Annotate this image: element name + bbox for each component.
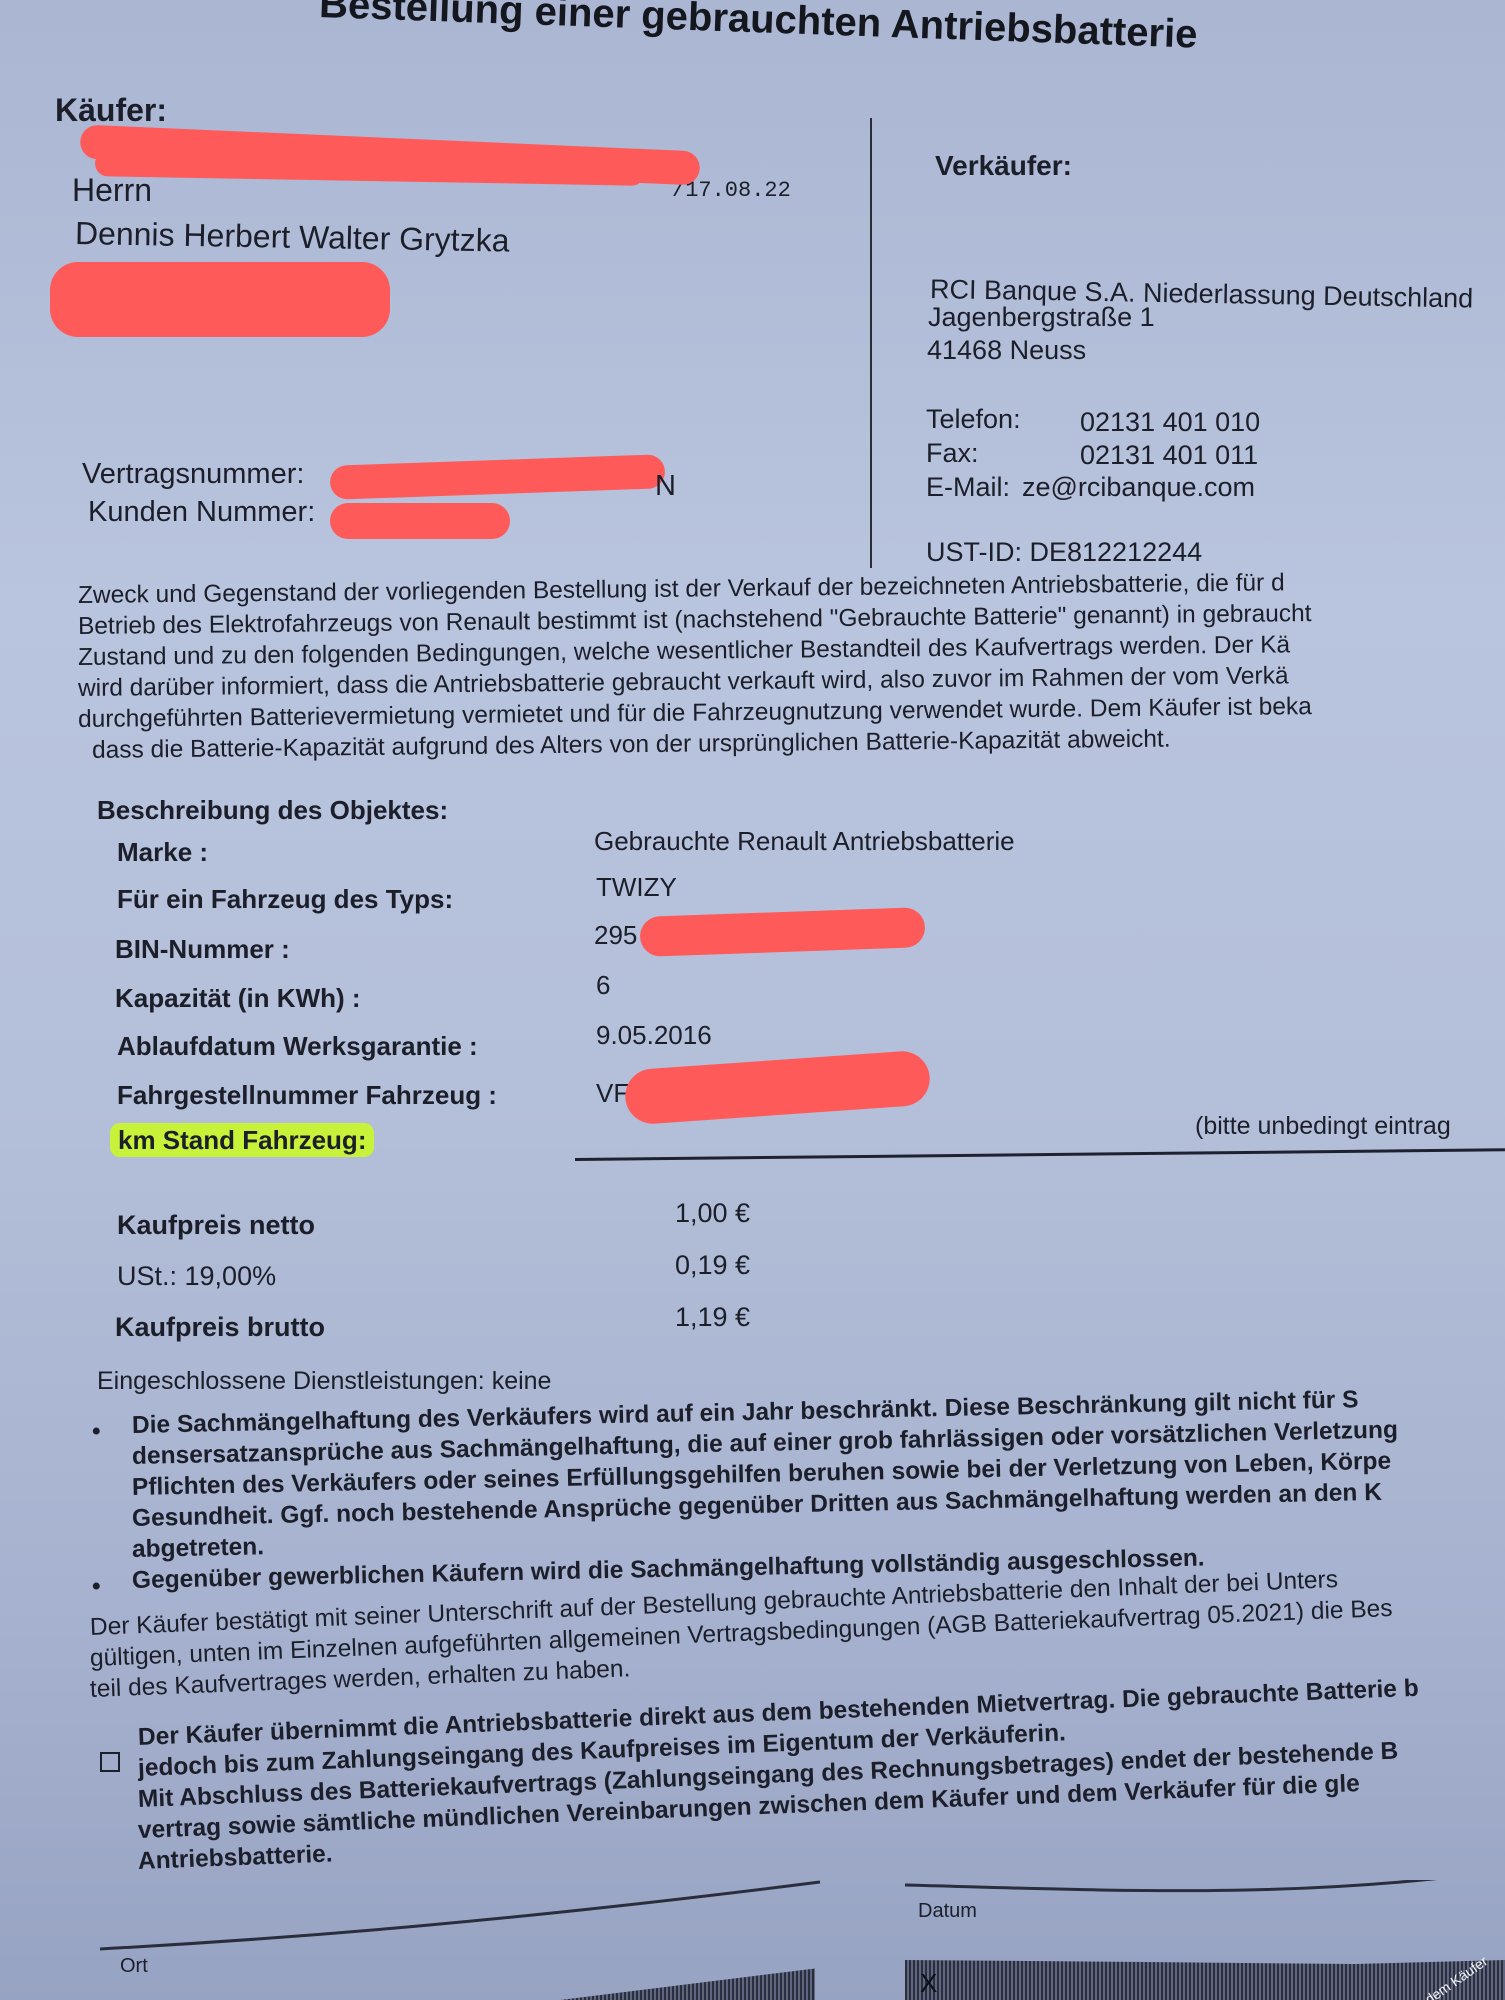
seller-email-label: E-Mail:: [926, 470, 1010, 504]
date-label: Datum: [918, 1900, 977, 1923]
place-field[interactable]: [100, 1946, 101, 1949]
seller-phone: 02131 401 010: [1080, 405, 1260, 439]
seller-street: Jagenbergstraße 1: [928, 300, 1155, 334]
spec-value-bin: 295: [594, 920, 637, 951]
spec-value-vehicle-type: TWIZY: [596, 872, 677, 903]
place-label: Ort: [120, 1955, 148, 1978]
intro-paragraph: Zweck und Gegenstand der vorliegenden Be…: [78, 580, 1312, 766]
buyer-heading: Käufer:: [55, 92, 167, 129]
price-label-net: Kaufpreis netto: [117, 1210, 315, 1241]
seller-phone-label: Telefon:: [926, 402, 1021, 436]
bullet-dot-icon: •: [92, 1416, 101, 1447]
price-value-gross: 1,19 €: [675, 1302, 750, 1333]
spec-value-warranty: 9.05.2016: [596, 1020, 712, 1051]
price-value-net: 1,00 €: [675, 1198, 750, 1229]
redaction-customer-number: [330, 503, 510, 539]
spec-label-capacity: Kapazität (in KWh) :: [115, 983, 361, 1014]
km-highlight: km Stand Fahrzeug:: [110, 1123, 374, 1157]
spec-label-warranty: Ablaufdatum Werksgarantie :: [117, 1031, 478, 1062]
spec-label-bin: BIN-Nummer :: [115, 934, 290, 965]
redaction-contract-number: [330, 454, 666, 500]
redaction-buyer-address: [50, 262, 390, 337]
buyer-salutation: Herrn: [72, 172, 152, 209]
contract-number-label: Vertragsnummer:: [82, 458, 304, 491]
takeover-checkbox[interactable]: [100, 1752, 120, 1772]
checkbox-clause: Der Käufer übernimmt die Antriebsbatteri…: [138, 1722, 1420, 1877]
price-label-gross: Kaufpreis brutto: [115, 1312, 325, 1343]
price-label-vat: USt.: 19,00%: [117, 1261, 276, 1292]
redaction-vin: [623, 1049, 931, 1125]
km-field-label: km Stand Fahrzeug:: [110, 1125, 374, 1156]
document-page: Bestellung einer gebrauchten Antriebsbat…: [0, 0, 1505, 2000]
document-title: Bestellung einer gebrauchten Antriebsbat…: [318, 0, 1198, 58]
seller-email[interactable]: ze@rcibanque.com: [1022, 470, 1255, 504]
object-heading: Beschreibung des Objektes:: [97, 795, 448, 826]
sign-here-mark: X: [920, 1968, 937, 1999]
seller-city: 41468 Neuss: [927, 333, 1086, 367]
spec-value-brand: Gebrauchte Renault Antriebsbatterie: [594, 826, 1015, 857]
column-divider: [870, 118, 872, 568]
seller-fax: 02131 401 011: [1080, 438, 1258, 472]
spec-label-vehicle-type: Für ein Fahrzeug des Typs:: [117, 884, 453, 915]
km-hint: (bitte unbedingt eintrag: [1195, 1112, 1451, 1141]
included-services: Eingeschlossene Dienstleistungen: keine: [97, 1366, 551, 1397]
km-input-line[interactable]: [575, 1148, 1505, 1161]
contract-number-suffix: N: [655, 470, 676, 503]
spec-label-vin: Fahrgestellnummer Fahrzeug :: [117, 1080, 497, 1111]
redaction-bin: [639, 907, 925, 957]
signature-box-right[interactable]: [905, 1960, 1505, 2000]
customer-number-label: Kunden Nummer:: [88, 496, 315, 529]
price-value-vat: 0,19 €: [675, 1250, 750, 1281]
warranty-bullets: • Die Sachmängelhaftung des Verkäufers w…: [92, 1410, 1398, 1596]
spec-label-brand: Marke :: [117, 837, 208, 868]
buyer-name: Dennis Herbert Walter Grytzka: [75, 215, 510, 260]
seller-heading: Verkäufer:: [935, 150, 1072, 182]
spec-value-capacity: 6: [596, 970, 610, 1001]
seller-vat-id: UST-ID: DE812212244: [926, 535, 1202, 569]
seller-fax-label: Fax:: [926, 436, 979, 470]
bullet-dot-icon: •: [92, 1571, 101, 1602]
